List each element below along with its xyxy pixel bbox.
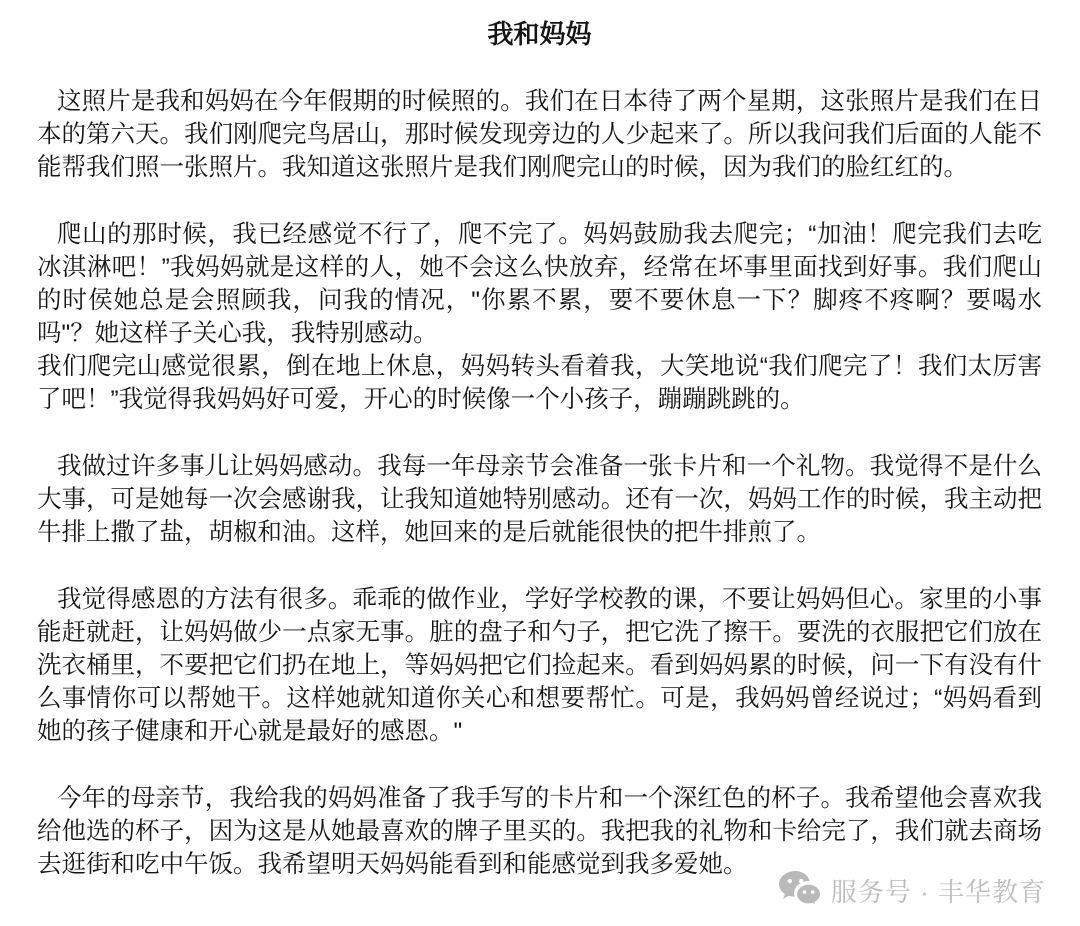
essay-paragraph-3: 我们爬完山感觉很累，倒在地上休息，妈妈转头看着我，大笑地说“我们爬完了！我们太厉… xyxy=(37,350,1042,416)
essay-paragraph-2: 爬山的那时候，我已经感觉不行了，爬不完了。妈妈鼓励我去爬完；“加油！爬完我们去吃… xyxy=(37,218,1042,350)
essay-paragraph-5: 我觉得感恩的方法有很多。乖乖的做作业，学好学校教的课，不要让妈妈但心。家里的小事… xyxy=(37,583,1042,748)
essay-page: 我和妈妈 这照片是我和妈妈在今年假期的时候照的。我们在日本待了两个星期，这张照片… xyxy=(0,0,1080,926)
wechat-logo-icon xyxy=(778,870,822,910)
essay-paragraph-4: 我做过许多事儿让妈妈感动。我每一年母亲节会准备一张卡片和一个礼物。我觉得不是什么… xyxy=(37,450,1042,549)
essay-content: 我和妈妈 这照片是我和妈妈在今年假期的时候照的。我们在日本待了两个星期，这张照片… xyxy=(0,0,1080,881)
watermark: 服务号 · 丰华教育 xyxy=(778,870,1046,910)
watermark-label: 服务号 · 丰华教育 xyxy=(831,872,1046,909)
essay-paragraph-1: 这照片是我和妈妈在今年假期的时候照的。我们在日本待了两个星期，这张照片是我们在日… xyxy=(37,85,1042,184)
essay-paragraph-6: 今年的母亲节，我给我的妈妈准备了我手写的卡片和一个深红色的杯子。我希望他会喜欢我… xyxy=(37,782,1042,881)
essay-title: 我和妈妈 xyxy=(37,18,1042,51)
